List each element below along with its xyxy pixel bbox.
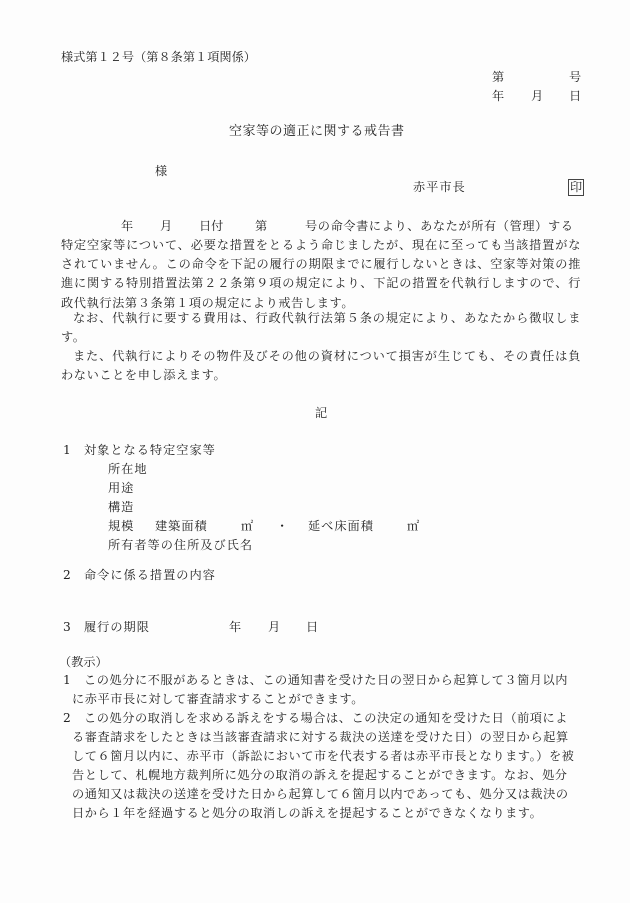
item3-label: 履行の期限 <box>84 620 150 634</box>
instruction-2-number: 2 <box>63 711 71 725</box>
document-title: 空家等の適正に関する戒告書 <box>229 125 405 139</box>
item3-number: 3 <box>63 620 71 634</box>
paragraph-3: また、代執行によりその物件及びその他の資材について損害が生じても、その責任は負わ… <box>61 347 581 385</box>
date-day: 日 <box>569 89 581 103</box>
item1-structure: 構造 <box>108 500 134 514</box>
item1-use: 用途 <box>108 481 134 495</box>
item1-floor-area: 延べ床面積 <box>308 519 374 533</box>
item2-number: 2 <box>63 568 71 582</box>
instruction-2-line6: 日から１年を経過すると処分の取消しの訴えを提起することができなくなります。 <box>72 806 542 820</box>
date-year: 年 <box>492 89 504 103</box>
item1-owner: 所有者等の住所及び氏名 <box>108 538 253 552</box>
item1-scale: 規模 <box>108 519 134 533</box>
item3-month: 月 <box>268 620 280 634</box>
item1-location: 所在地 <box>108 462 148 476</box>
instruction-2-line2: る審査請求をしたときは当該審査請求に対する裁決の送達を受けた日）の翌日から起算 <box>72 730 569 744</box>
p1-no-prefix: 第 <box>255 219 267 233</box>
seal-mark: 印 <box>568 179 584 196</box>
item1-label: 対象となる特定空家等 <box>84 443 216 457</box>
instruction-heading: （教示） <box>59 655 108 669</box>
instruction-2-line3: して６箇月以内に、赤平市（訴訟において市を代表する者は赤平市長となります。）を被 <box>72 749 574 763</box>
paragraph-1: 特定空家等について、必要な措置をとるよう命じましたが、現在に至っても当該措置がな… <box>61 236 581 313</box>
issuer-name: 赤平市長 <box>413 180 466 194</box>
item1-building-area: 建築面積 <box>155 519 208 533</box>
item3-year: 年 <box>229 620 241 634</box>
instruction-2-line5: の通知又は裁決の送達を受けた日から起算して６箇月以内であっても、処分又は裁決の <box>72 787 569 801</box>
p1-day: 日付 <box>199 219 223 233</box>
item1-unit2: ㎡ <box>407 519 419 533</box>
item1-dot: ・ <box>276 519 288 533</box>
item2-label: 命令に係る措置の内容 <box>84 568 216 582</box>
item3-day: 日 <box>306 620 318 634</box>
date-month: 月 <box>531 89 543 103</box>
instruction-1-line2: に赤平市長に対して審査請求することができます。 <box>72 692 364 706</box>
item1-number: 1 <box>63 443 71 457</box>
form-number: 様式第１２号（第８条第１項関係） <box>61 50 256 64</box>
item1-unit1: ㎡ <box>241 519 253 533</box>
paragraph-2: なお、代執行に要する費用は、行政代執行法第５条の規定により、あなたから徴収します… <box>61 309 581 347</box>
p1-month: 月 <box>160 219 172 233</box>
p1-line1: 号の命令書により、あなたが所有（管理）する <box>305 219 574 233</box>
doc-number-suffix: 号 <box>569 70 581 84</box>
instruction-2-line1: この処分の取消しを求める訴えをする場合は、この決定の通知を受けた日（前項によ <box>84 711 568 725</box>
ki-heading: 記 <box>315 406 327 420</box>
instruction-1-number: 1 <box>63 673 71 687</box>
doc-number-prefix: 第 <box>492 70 504 84</box>
addressee-suffix: 様 <box>155 164 167 178</box>
p1-year: 年 <box>121 219 133 233</box>
instruction-2-line4: 告として、札幌地方裁判所に処分の取消の訴えを提起することができます。なお、処分 <box>72 768 568 782</box>
instruction-1-line1: この処分に不服があるときは、この通知書を受けた日の翌日から起算して３箇月以内 <box>84 673 568 687</box>
seal-stamp: 印 <box>568 179 584 196</box>
